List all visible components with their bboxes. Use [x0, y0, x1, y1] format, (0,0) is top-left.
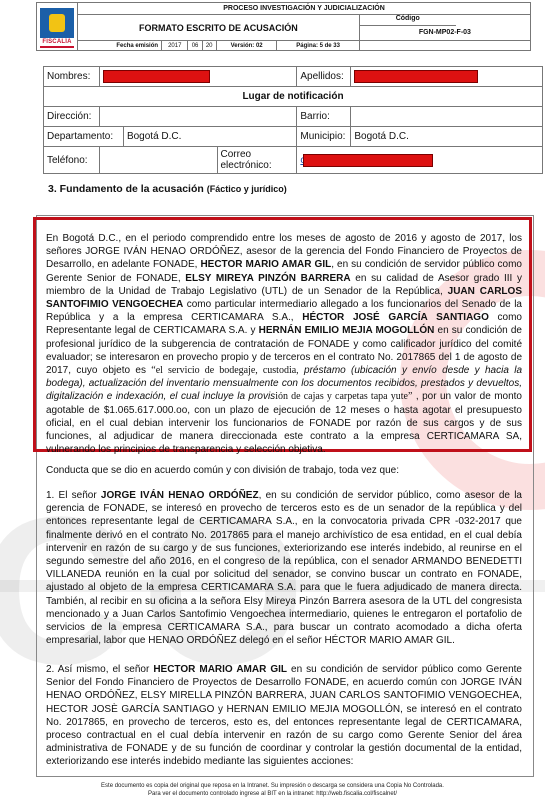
- footer-line-1: Este documento es copia del original que…: [0, 782, 545, 790]
- department-value: Bogotá D.C.: [123, 127, 296, 147]
- redacted-email: [303, 154, 433, 167]
- redacted-names: [103, 70, 210, 83]
- code-value: FGN-MP02-F-03: [360, 26, 530, 40]
- logo-cell: FISCALÍA: [37, 3, 78, 51]
- redacted-surnames: [354, 70, 478, 83]
- document-header: FISCALÍA PROCESO INVESTIGACIÓN Y JUDICIA…: [36, 2, 531, 51]
- version: Versión: 02: [216, 41, 277, 51]
- conduct-intro: Conducta que se dio en acuerdo común y c…: [46, 464, 522, 477]
- address-label: Dirección:: [44, 107, 100, 127]
- logo-text: FISCALÍA: [40, 39, 74, 45]
- code-block: Código FGN-MP02-F-03: [359, 15, 530, 41]
- phone-value: [99, 147, 217, 174]
- notification-section-title: Lugar de notificación: [44, 87, 543, 107]
- department-label: Departamento:: [44, 127, 124, 147]
- point-2-paragraph: 2. Así mismo, el señor HECTOR MARIO AMAR…: [46, 663, 522, 769]
- page-number: Página: 5 de 33: [277, 41, 359, 51]
- section-heading: 3. Fundamento de la acusación (Fáctico y…: [48, 183, 287, 195]
- facts-paragraph: En Bogotá D.C., en el periodo comprendid…: [46, 232, 522, 456]
- code-label: Código: [360, 15, 456, 26]
- names-value: [99, 67, 296, 87]
- section-subtitle: (Fáctico y jurídico): [207, 184, 287, 194]
- neighborhood-value: [351, 107, 543, 127]
- page-footer: Este documento es copia del original que…: [0, 782, 545, 798]
- surnames-value: [351, 67, 543, 87]
- document-title: FORMATO ESCRITO DE ACUSACIÓN: [78, 15, 360, 41]
- municipality-label: Municipio:: [297, 127, 351, 147]
- puzzle-icon: [49, 14, 65, 32]
- footer-line-2: Para ver el documento controlado ingrese…: [0, 790, 545, 798]
- process-name: PROCESO INVESTIGACIÓN Y JUDICIALIZACIÓN: [78, 3, 531, 15]
- point-1-paragraph: 1. El señor JORGE IVÁN HENAO ORDÓÑEZ, en…: [46, 489, 522, 647]
- fiscalia-logo: FISCALÍA: [40, 8, 74, 48]
- issue-month: 06: [188, 41, 202, 51]
- issue-day: 20: [202, 41, 216, 51]
- issue-date-label: Fecha emisión: [78, 41, 162, 51]
- section-title: 3. Fundamento de la acusación: [48, 183, 204, 195]
- email-label: Correo electrónico:: [217, 147, 297, 174]
- surnames-label: Apellidos:: [297, 67, 351, 87]
- issue-year: 2017: [162, 41, 188, 51]
- neighborhood-label: Barrio:: [297, 107, 351, 127]
- email-value: c: [297, 147, 543, 174]
- address-value: [99, 107, 296, 127]
- phone-label: Teléfono:: [44, 147, 100, 174]
- notification-table: Nombres: Apellidos: Lugar de notificació…: [43, 66, 543, 174]
- names-label: Nombres:: [44, 67, 100, 87]
- municipality-value: Bogotá D.C.: [351, 127, 543, 147]
